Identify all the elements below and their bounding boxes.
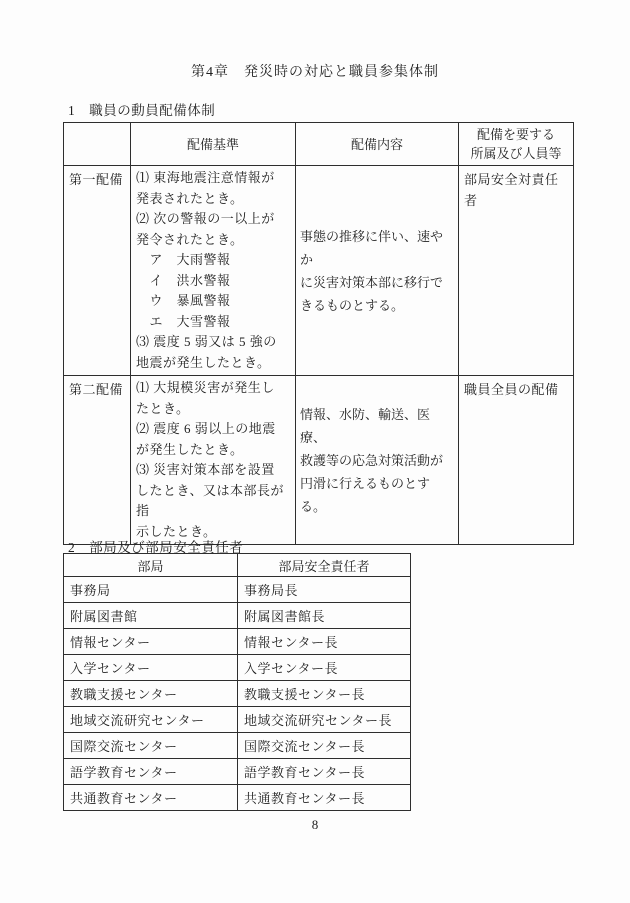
officer-cell: 地域交流研究センター長 (238, 707, 411, 733)
deployment-label-cell: 第二配備 (64, 376, 131, 545)
deployment-content-cell: 情報、水防、輸送、医療、 救護等の応急対策活動が 円滑に行えるものとする。 (296, 376, 459, 545)
page-number: 8 (0, 817, 630, 833)
deployment-criteria-cell: ⑴ 東海地震注意情報が 発表されたとき。 ⑵ 次の警報の一以上が 発令されたとき… (131, 166, 296, 376)
chapter-title: 第4章 発災時の対応と職員参集体制 (0, 61, 630, 81)
table-row: 語学教育センター 語学教育センター長 (64, 759, 411, 785)
section-1-heading: 1 職員の動員配備体制 (68, 99, 215, 119)
officer-cell: 入学センター長 (238, 655, 411, 681)
table-row: 入学センター 入学センター長 (64, 655, 411, 681)
officer-header-cell: 部局安全責任者 (238, 554, 411, 577)
officer-cell: 附属図書館長 (238, 603, 411, 629)
officer-cell: 共通教育センター長 (238, 785, 411, 811)
department-cell: 附属図書館 (64, 603, 238, 629)
document-page: 第4章 発災時の対応と職員参集体制 1 職員の動員配備体制 配備基準 配備内容 … (0, 0, 630, 903)
criteria-header-cell: 配備基準 (131, 123, 296, 166)
department-cell: 国際交流センター (64, 733, 238, 759)
department-header-cell: 部局 (64, 554, 238, 577)
officer-cell: 語学教育センター長 (238, 759, 411, 785)
department-officers-table: 部局 部局安全責任者 事務局 事務局長 附属図書館 附属図書館長 情報センター … (63, 553, 411, 811)
officer-cell: 教職支援センター長 (238, 681, 411, 707)
department-cell: 入学センター (64, 655, 238, 681)
officer-cell: 国際交流センター長 (238, 733, 411, 759)
department-cell: 教職支援センター (64, 681, 238, 707)
department-cell: 事務局 (64, 577, 238, 603)
deployment-content-cell: 事態の推移に伴い、速やか に災害対策本部に移行で きるものとする。 (296, 166, 459, 376)
table-row: 附属図書館 附属図書館長 (64, 603, 411, 629)
department-cell: 語学教育センター (64, 759, 238, 785)
officer-cell: 情報センター長 (238, 629, 411, 655)
table-header-row: 部局 部局安全責任者 (64, 554, 411, 577)
deployment-personnel-cell: 職員全員の配備 (459, 376, 574, 545)
deployment-criteria-cell: ⑴ 大規模災害が発生し たとき。 ⑵ 震度 6 弱以上の地震 が発生したとき。 … (131, 376, 296, 545)
content-header-cell: 配備内容 (296, 123, 459, 166)
officer-cell: 事務局長 (238, 577, 411, 603)
deployment-system-table: 配備基準 配備内容 配備を要する 所属及び人員等 第一配備 ⑴ 東海地震注意情報… (63, 122, 574, 545)
table-row-first-deployment: 第一配備 ⑴ 東海地震注意情報が 発表されたとき。 ⑵ 次の警報の一以上が 発令… (64, 166, 574, 376)
deployment-personnel-cell: 部局安全対責任 者 (459, 166, 574, 376)
table-row: 共通教育センター 共通教育センター長 (64, 785, 411, 811)
table-row: 事務局 事務局長 (64, 577, 411, 603)
table-row: 地域交流研究センター 地域交流研究センター長 (64, 707, 411, 733)
table-row: 国際交流センター 国際交流センター長 (64, 733, 411, 759)
deployment-label-cell: 第一配備 (64, 166, 131, 376)
table-header-row: 配備基準 配備内容 配備を要する 所属及び人員等 (64, 123, 574, 166)
table-row: 情報センター 情報センター長 (64, 629, 411, 655)
empty-header-cell (64, 123, 131, 166)
department-cell: 情報センター (64, 629, 238, 655)
department-cell: 地域交流研究センター (64, 707, 238, 733)
personnel-header-cell: 配備を要する 所属及び人員等 (459, 123, 574, 166)
table-row: 教職支援センター 教職支援センター長 (64, 681, 411, 707)
table-row-second-deployment: 第二配備 ⑴ 大規模災害が発生し たとき。 ⑵ 震度 6 弱以上の地震 が発生し… (64, 376, 574, 545)
department-cell: 共通教育センター (64, 785, 238, 811)
